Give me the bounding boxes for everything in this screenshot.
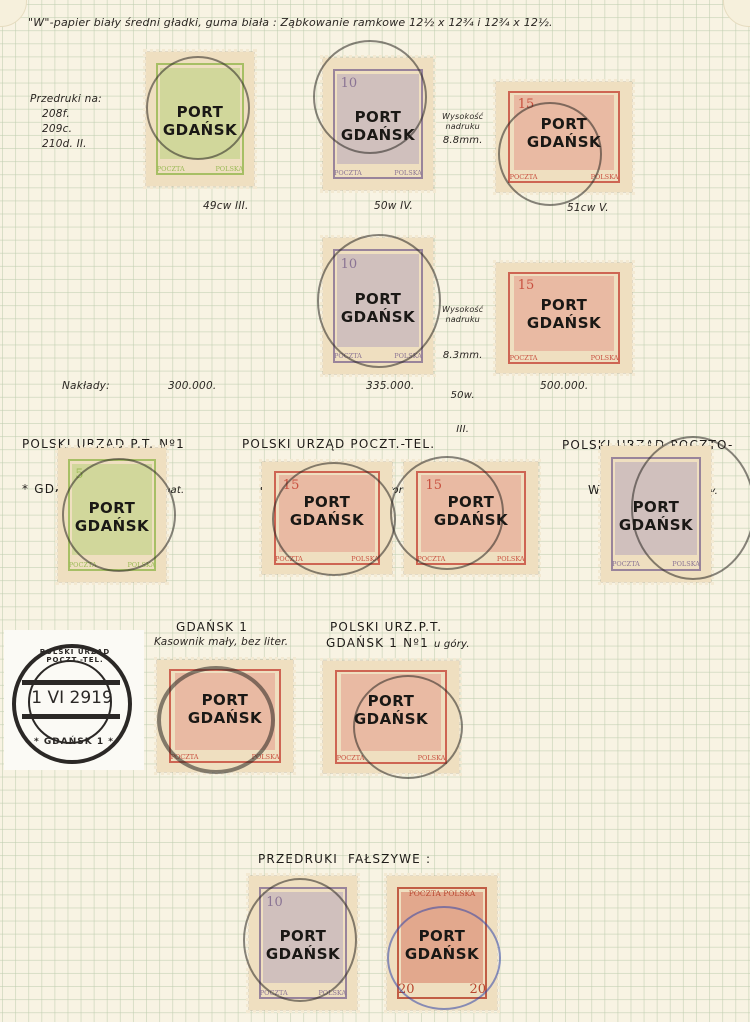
cancel-mark: [631, 436, 750, 580]
stamp-poczt-tel-2: 15 POCZTAPOLSKA PORTGDAŃSK: [404, 462, 538, 574]
cancel-mark: [498, 102, 602, 206]
page-corner-top-right: [723, 0, 750, 27]
section-note-small-canceller: Kasownik mały, bez liter.: [154, 636, 288, 649]
cancel-mark: [387, 906, 501, 1010]
stamp-caption: 50w IV.: [374, 200, 413, 213]
cancel-mark: [353, 675, 463, 779]
overprint-height-note: Wysokośćnadruku8.8mm.: [442, 112, 483, 146]
stamp-51cw-unused: 15 POCZTAPOLSKA PORTGDAŃSK: [496, 263, 632, 373]
stamp-pocztowy-no2: POCZTAPOLSKA PORTGDAŃSK: [601, 446, 711, 582]
section-title-gdansk-1: GDAŃSK 1: [176, 620, 248, 635]
print-run-value: 500.000.: [540, 380, 588, 393]
overprint-note-line: 210d. II.: [42, 138, 87, 151]
page-corner-top-left: [0, 0, 27, 27]
overprint-height-note: Wysokośćnadruku 8.3mm. 50w. III.: [442, 285, 483, 455]
postmark-illustration: POLSKI URZĄD POCZT.-TEL. 1 VI 2919 * GDA…: [4, 630, 144, 770]
cancel-mark: [390, 456, 504, 570]
cancel-mark: [272, 462, 396, 576]
album-page: "W"-papier biały średni gładki, guma bia…: [0, 0, 750, 1022]
stamp-polski-urz-pt-no1: POCZTAPOLSKA PORTGDAŃSK: [323, 661, 459, 773]
overprint-note-line: 208f.: [42, 108, 70, 121]
cancel-mark: [243, 878, 357, 1002]
cancel-mark: [157, 666, 275, 774]
stamp-poczt-tel-1: 15 POCZTAPOLSKA PORTGDAŃSK: [262, 462, 392, 574]
print-run-value: 335.000.: [366, 380, 414, 393]
stamp-caption: 49cw III.: [203, 200, 249, 213]
stamp-forgery-10: 10 POCZTAPOLSKA PORTGDAŃSK: [249, 876, 357, 1010]
overprint-note-line: 209c.: [42, 123, 72, 136]
stamp-51cw: 15 POCZTAPOLSKA PORTGDAŃSK: [496, 82, 632, 192]
section-title-polski-urz-pt: POLSKI URZ.P.T.: [330, 620, 442, 635]
cancel-mark: [146, 56, 250, 160]
cancel-mark: [62, 458, 176, 572]
cancel-mark: [313, 40, 427, 154]
overprint-note-title: Przedruki na:: [30, 93, 102, 106]
stamp-50w: 10 POCZTAPOLSKA PORTGDAŃSK: [323, 58, 433, 190]
print-runs-label: Nakłady:: [62, 380, 110, 393]
stamp-49cw: POCZTAPOLSKA PORTGDAŃSK: [146, 52, 254, 186]
paper-description-note: "W"-papier biały średni gładki, guma bia…: [28, 16, 553, 29]
stamp-gdansk-1-small-cancel: POCZTAPOLSKA PORTGDAŃSK: [157, 660, 293, 772]
stamp-caption: 51cw V.: [567, 202, 609, 215]
section-note-gdansk-no1: GDAŃSK 1 Nº1 u góry.: [326, 636, 470, 652]
print-run-value: 300.000.: [168, 380, 216, 393]
cancel-mark: [317, 234, 441, 368]
postmark-date: 1 VI 2919: [22, 688, 122, 708]
forgeries-title: PRZEDRUKI FAŁSZYWE :: [258, 852, 431, 867]
stamp-pt-no1: 5 POCZTAPOLSKA PORTGDAŃSK: [58, 448, 166, 582]
stamp-forgery-20: POCZTA POLSKA 2020 PORTGDAŃSK: [387, 876, 497, 1010]
stamp-50w-III: 10 POCZTAPOLSKA PORTGDAŃSK: [323, 238, 433, 374]
